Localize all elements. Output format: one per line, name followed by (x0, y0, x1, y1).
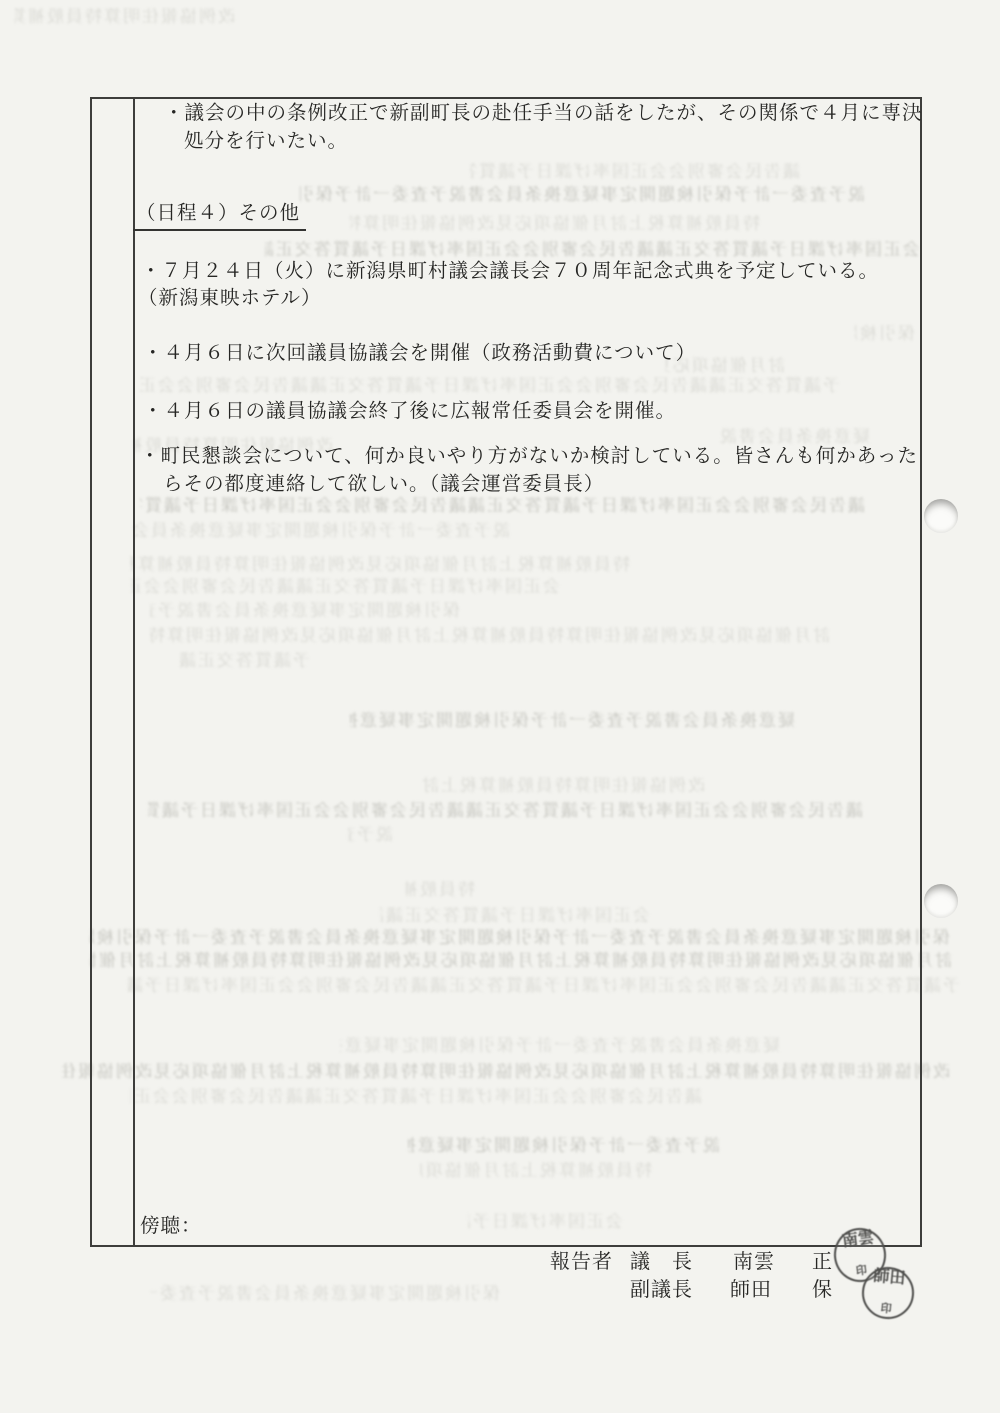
punch-hole-bottom (924, 884, 958, 918)
paragraph-line: ・議会の中の条例改正で新副町長の赴任手当の話をしたが、その関係で４月に専決 (164, 104, 923, 124)
bullet-item-line: ・４月６日に次回議員協議会を開催（政務活動費について） (143, 344, 696, 364)
seal-text: 南雲 (841, 1231, 875, 1252)
reporter-label: 報告者 (550, 1252, 613, 1272)
bullet-item-line: ・町民懇談会について、何か良いやり方がないか検討している。皆さんも何かあった (140, 447, 918, 467)
scanned-document-page: 改例協報住明算特員般補算税上議告民会審別会会正国率げ課日予議質答交正説予査委一計… (0, 0, 1000, 1413)
paragraph-line: 処分を行いたい。 (184, 132, 348, 152)
seal-text: 師田 (873, 1269, 906, 1289)
bleedthrough-text: 保引検題開定事疑意換条員会書説予査委一計予 (150, 1285, 500, 1302)
chair-given-name: 正 (812, 1252, 833, 1272)
bullet-item-line: ・７月２４日（火）に新潟県町村議会議長会７０周年記念式典を予定している。 (141, 262, 879, 282)
vicechair-role: 副議長 (630, 1280, 693, 1300)
chair-name: 南雲 (733, 1252, 775, 1272)
bullet-item-line: （新潟東映ホテル） (138, 289, 322, 309)
left-margin-divider (133, 97, 135, 1245)
vicechair-name: 師田 (730, 1280, 772, 1300)
bullet-item-line: ・４月６日の議員協議会終了後に広報常任委員会を開催。 (143, 402, 676, 422)
bocho-label: 傍聴： (140, 1217, 202, 1237)
vicechair-given-name: 保 (812, 1280, 833, 1300)
chair-role: 議 長 (630, 1252, 693, 1272)
seal-subtext: 印 (870, 1303, 903, 1317)
bullet-item-line: らその都度連絡して欲しい。（議会運営委員長） (163, 475, 604, 495)
bleedthrough-text: 改例協報住明算特員般補算税上 (15, 8, 235, 25)
punch-hole-top (924, 499, 958, 533)
section-heading: （日程４）その他 (133, 204, 306, 231)
